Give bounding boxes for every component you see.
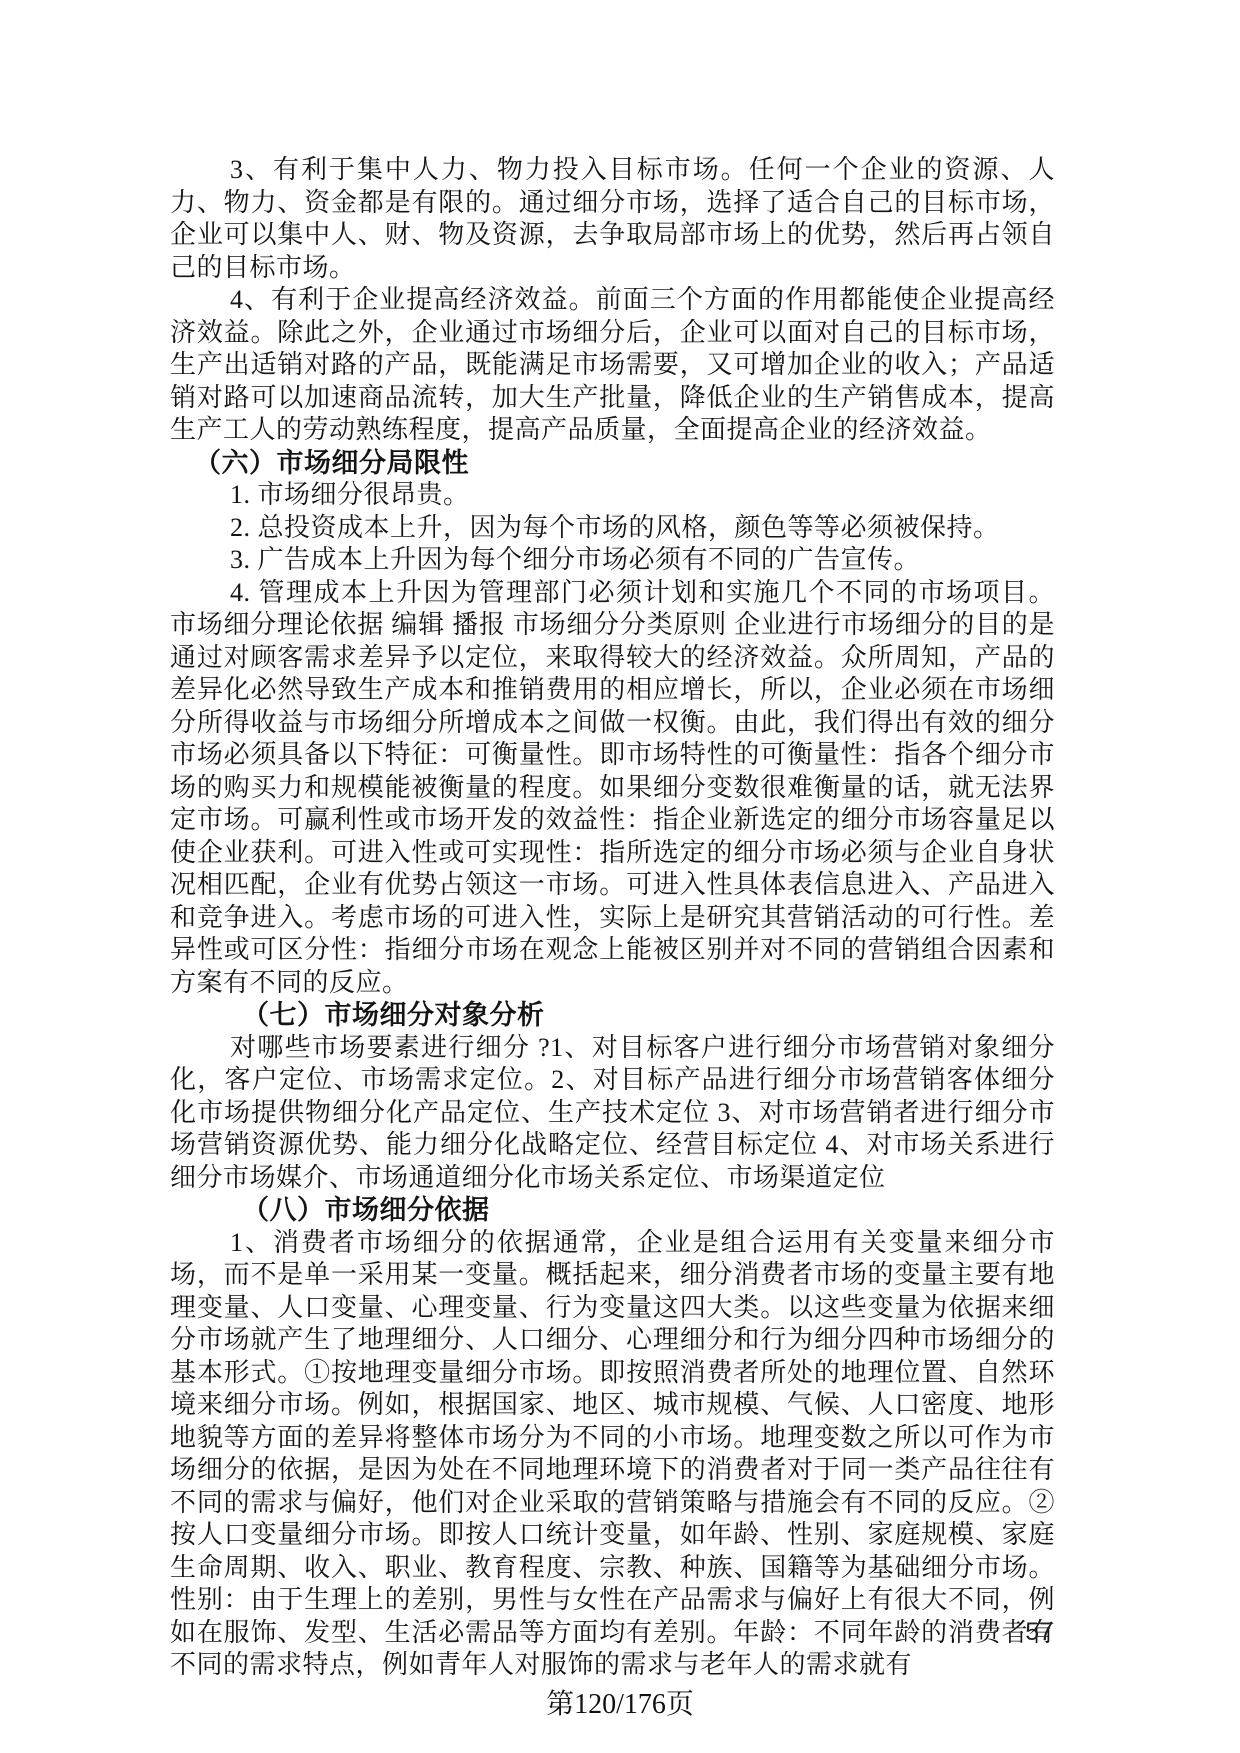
document-body: 3、有利于集中人力、物力投入目标市场。任何一个企业的资源、人力、物力、资金都是有… xyxy=(170,154,1055,1682)
document-page: 3、有利于集中人力、物力投入目标市场。任何一个企业的资源、人力、物力、资金都是有… xyxy=(0,0,1240,1753)
paragraph: 对哪些市场要素进行细分 ?1、对目标客户进行细分市场营销对象细分化，客户定位、市… xyxy=(170,1032,1055,1195)
paragraph: 2. 总投资成本上升，因为每个市场的风格，颜色等等必须被保持。 xyxy=(170,512,1055,545)
paragraph: 3、有利于集中人力、物力投入目标市场。任何一个企业的资源、人力、物力、资金都是有… xyxy=(170,154,1055,284)
section-heading: （七）市场细分对象分析 xyxy=(242,999,1055,1032)
paragraph: 1. 市场细分很昂贵。 xyxy=(170,479,1055,512)
section-heading: （八）市场细分依据 xyxy=(242,1194,1055,1227)
footer-page-indicator: 第120/176页 xyxy=(0,1682,1240,1722)
paragraph: 4、有利于企业提高经济效益。前面三个方面的作用都能使企业提高经济效益。除此之外，… xyxy=(170,284,1055,447)
paragraph: 4. 管理成本上升因为管理部门必须计划和实施几个不同的市场项目。 市场细分理论依… xyxy=(170,577,1055,1000)
paragraph: 1、消费者市场细分的依据通常，企业是组合运用有关变量来细分市场，而不是单一采用某… xyxy=(170,1227,1055,1682)
corner-page-number: 57 xyxy=(1025,1618,1053,1647)
section-heading: （六）市场细分局限性 xyxy=(194,447,1055,480)
paragraph: 3. 广告成本上升因为每个细分市场必须有不同的广告宣传。 xyxy=(170,544,1055,577)
